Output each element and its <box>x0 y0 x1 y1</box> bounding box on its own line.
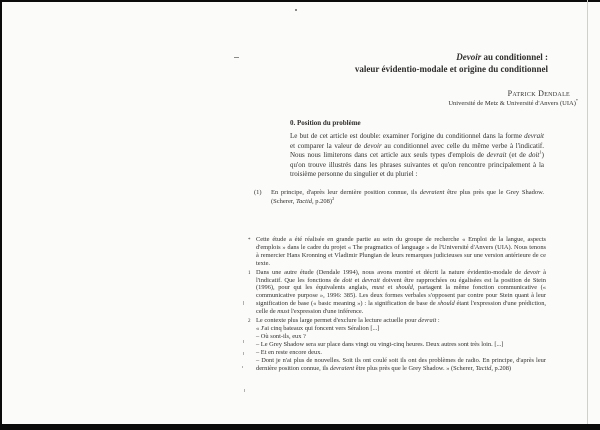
author-affiliation: Université de Metz & Université d'Anvers… <box>448 100 578 107</box>
article-title-line1: Devoir au conditionnel : <box>355 51 548 63</box>
article-title: Devoir au conditionnel : valeur évidenti… <box>355 51 548 75</box>
example-1: (1) En principe, d'après leur dernière p… <box>254 189 544 207</box>
footnote-star: * Cette étude a été réalisée en grande p… <box>248 236 546 268</box>
section-heading: 0. Position du problème <box>290 119 361 127</box>
example-text: En principe, d'après leur dernière posit… <box>271 189 544 207</box>
footnote-1: 1 Dans une autre étude (Dendale 1994), n… <box>248 269 546 316</box>
example-number: (1) <box>254 189 271 207</box>
footnote-text: Le contexte plus large permet d'exclure … <box>256 317 546 372</box>
footnote-marker: 1 <box>248 269 256 316</box>
scanned-page: Devoir au conditionnel : valeur évidenti… <box>0 0 600 430</box>
footnote-text: Cette étude a été réalisée en grande par… <box>256 236 546 268</box>
body-paragraph: Le but de cet article est double: examin… <box>290 132 544 180</box>
footnote-marker: 2 <box>248 317 256 372</box>
affiliation-footnote-mark: * <box>576 98 578 103</box>
footnote-marker: * <box>248 236 256 268</box>
footnotes: * Cette étude a été réalisée en grande p… <box>248 236 546 373</box>
footnote-2: 2 Le contexte plus large permet d'exclur… <box>248 317 546 372</box>
page-content: Devoir au conditionnel : valeur évidenti… <box>0 0 600 430</box>
author-name: Patrick Dendale <box>508 89 570 98</box>
affiliation-text: Université de Metz & Université d'Anvers… <box>448 100 576 107</box>
footnote-text: Dans une autre étude (Dendale 1994), nou… <box>256 269 546 316</box>
article-title-line2: valeur évidentio-modale et origine du co… <box>355 63 548 75</box>
